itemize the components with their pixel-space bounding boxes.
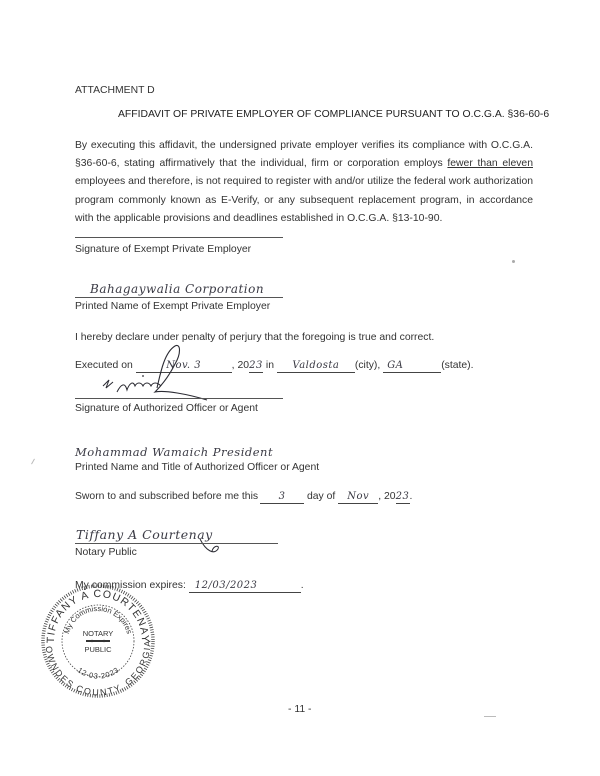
sworn-month-field: Nov xyxy=(338,491,378,504)
scan-mark xyxy=(484,716,496,717)
signature-exempt-label: Signature of Exempt Private Employer xyxy=(75,243,251,256)
sworn-prefix: Sworn to and subscribed before me this xyxy=(75,491,258,502)
notary-label: Notary Public xyxy=(75,546,137,559)
notary-signature-line xyxy=(75,543,278,544)
seal-inner-bottom-text: 12-03-2023 xyxy=(76,666,120,681)
seal-center-bottom-text: PUBLIC xyxy=(84,645,112,654)
paragraph-text-2: employees and therefore, is not required… xyxy=(75,176,533,223)
executed-state-label: (state). xyxy=(441,360,473,371)
officer-name-label: Printed Name and Title of Authorized Off… xyxy=(75,461,319,474)
sworn-year-field: 23 xyxy=(396,491,410,504)
officer-signature-label: Signature of Authorized Officer or Agent xyxy=(75,402,258,415)
affidavit-paragraph: By executing this affidavit, the undersi… xyxy=(75,137,533,228)
officer-signature-scribble xyxy=(95,340,245,402)
document-title: AFFIDAVIT OF PRIVATE EMPLOYER OF COMPLIA… xyxy=(118,108,549,121)
executed-city-label: (city), xyxy=(355,360,380,371)
officer-name-value: Mohammad Wamaich President xyxy=(75,445,273,459)
executed-year-field: 23 xyxy=(249,360,263,373)
attachment-label: ATTACHMENT D xyxy=(75,84,155,97)
executed-in: in xyxy=(263,360,274,371)
scan-mark xyxy=(512,260,515,263)
page-number: - 11 - xyxy=(288,703,311,716)
notary-seal: TIFFANY A COURTENAY LOWNDES COUNTY, GEOR… xyxy=(40,583,156,699)
notary-signature-flourish xyxy=(196,535,226,557)
sworn-suffix: . xyxy=(410,491,413,502)
printed-name-line xyxy=(75,297,283,298)
sworn-day-of: day of xyxy=(307,491,335,502)
svg-text:12-03-2023: 12-03-2023 xyxy=(76,666,120,681)
notary-signature-value: Tiffany A Courtenay xyxy=(76,527,213,542)
officer-signature-line xyxy=(75,398,283,399)
commission-field: 12/03/2023 xyxy=(189,580,301,593)
sworn-day-field: 3 xyxy=(260,491,304,504)
seal-center-top-text: NOTARY xyxy=(83,629,114,638)
paragraph-underlined: fewer than eleven xyxy=(447,158,533,169)
executed-city-field: Valdosta xyxy=(277,360,355,373)
sworn-line: Sworn to and subscribed before me this3 … xyxy=(75,490,412,504)
signature-exempt-line xyxy=(75,237,283,238)
printed-name-value: Bahagaywalia Corporation xyxy=(90,282,264,296)
scan-mark xyxy=(31,459,35,465)
sworn-year-prefix: , 20 xyxy=(378,491,395,502)
printed-name-label: Printed Name of Exempt Private Employer xyxy=(75,300,270,313)
commission-suffix: . xyxy=(301,580,304,591)
executed-state-field: GA xyxy=(383,360,441,373)
